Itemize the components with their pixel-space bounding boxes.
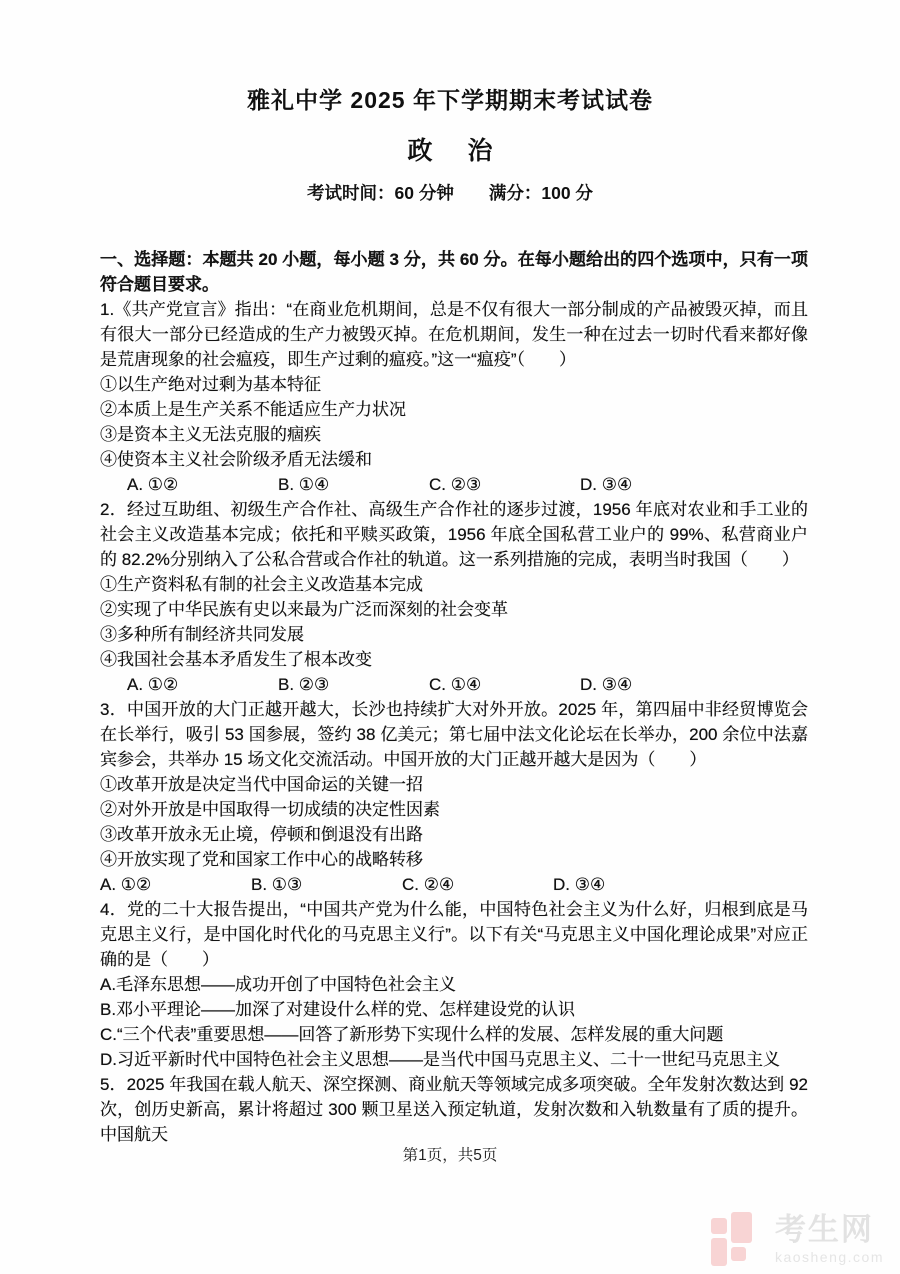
watermark: 考生网 kaosheng.com: [709, 1210, 884, 1268]
question-5: 5．2025 年我国在载人航天、深空探测、商业航天等领域完成多项突破。全年发射次…: [100, 1072, 808, 1147]
option-line-c: C.“三个代表”重要思想——回答了新形势下实现什么样的发展、怎样发展的重大问题: [100, 1022, 808, 1047]
question-stem: 4．党的二十大报告提出，“中国共产党为什么能，中国特色社会主义为什么好，归根到底…: [100, 897, 808, 972]
option-b: B. ①④: [278, 472, 429, 497]
options-row: A. ①② B. ①③ C. ②④ D. ③④: [100, 872, 808, 897]
question-stem: 5．2025 年我国在载人航天、深空探测、商业航天等领域完成多项突破。全年发射次…: [100, 1072, 808, 1147]
question-1: 1.《共产党宣言》指出：“在商业危机期间，总是不仅有很大一部分制成的产品被毁灭掉…: [100, 297, 808, 497]
exam-subject: 政 治: [0, 131, 900, 167]
logo-block: [711, 1218, 727, 1234]
option-d: D. ③④: [580, 472, 632, 497]
question-item: ③多种所有制经济共同发展: [100, 622, 808, 647]
option-d: D. ③④: [580, 672, 632, 697]
section-instructions: 一、选择题：本题共 20 小题，每小题 3 分，共 60 分。在每小题给出的四个…: [100, 247, 808, 297]
question-stem: 1.《共产党宣言》指出：“在商业危机期间，总是不仅有很大一部分制成的产品被毁灭掉…: [100, 297, 808, 372]
kaosheng-logo-icon: [709, 1210, 763, 1268]
option-c: C. ②④: [402, 872, 553, 897]
options-row: A. ①② B. ②③ C. ①④ D. ③④: [100, 672, 808, 697]
option-a: A. ①②: [127, 472, 278, 497]
options-row: A. ①② B. ①④ C. ②③ D. ③④: [100, 472, 808, 497]
option-b: B. ①③: [251, 872, 402, 897]
question-item: ①生产资料私有制的社会主义改造基本完成: [100, 572, 808, 597]
option-d: D. ③④: [553, 872, 605, 897]
exam-header: 雅礼中学 2025 年下学期期末考试试卷 政 治 考试时间：60 分钟 满分：1…: [0, 0, 900, 205]
question-item: ②本质上是生产关系不能适应生产力状况: [100, 397, 808, 422]
option-b: B. ②③: [278, 672, 429, 697]
exam-info: 考试时间：60 分钟 满分：100 分: [0, 180, 900, 205]
option-c: C. ①④: [429, 672, 580, 697]
option-line-b: B.邓小平理论——加深了对建设什么样的党、怎样建设党的认识: [100, 997, 808, 1022]
question-stem: 2．经过互助组、初级生产合作社、高级生产合作社的逐步过渡，1956 年底对农业和…: [100, 497, 808, 572]
option-a: A. ①②: [100, 872, 251, 897]
exam-body: 一、选择题：本题共 20 小题，每小题 3 分，共 60 分。在每小题给出的四个…: [100, 247, 808, 1147]
watermark-site-name: 考生网: [775, 1214, 874, 1245]
exam-paper-page: 雅礼中学 2025 年下学期期末考试试卷 政 治 考试时间：60 分钟 满分：1…: [0, 0, 900, 1274]
watermark-site-domain: kaosheng.com: [775, 1249, 884, 1265]
question-item: ④使资本主义社会阶级矛盾无法缓和: [100, 447, 808, 472]
exam-title: 雅礼中学 2025 年下学期期末考试试卷: [0, 82, 900, 115]
question-item: ③改革开放永无止境，停顿和倒退没有出路: [100, 822, 808, 847]
question-item: ④开放实现了党和国家工作中心的战略转移: [100, 847, 808, 872]
question-item: ②对外开放是中国取得一切成绩的决定性因素: [100, 797, 808, 822]
option-line-a: A.毛泽东思想——成功开创了中国特色社会主义: [100, 972, 808, 997]
question-item: ④我国社会基本矛盾发生了根本改变: [100, 647, 808, 672]
option-a: A. ①②: [127, 672, 278, 697]
question-item: ①改革开放是决定当代中国命运的关键一招: [100, 772, 808, 797]
option-line-d: D.习近平新时代中国特色社会主义思想——是当代中国马克思主义、二十一世纪马克思主…: [100, 1047, 808, 1072]
page-number: 第1页，共5页: [0, 1143, 900, 1165]
watermark-text: 考生网 kaosheng.com: [775, 1214, 884, 1265]
question-2: 2．经过互助组、初级生产合作社、高级生产合作社的逐步过渡，1956 年底对农业和…: [100, 497, 808, 697]
question-item: ①以生产绝对过剩为基本特征: [100, 372, 808, 397]
question-4: 4．党的二十大报告提出，“中国共产党为什么能，中国特色社会主义为什么好，归根到底…: [100, 897, 808, 1072]
question-stem: 3．中国开放的大门正越开越大，长沙也持续扩大对外开放。2025 年，第四届中非经…: [100, 697, 808, 772]
logo-block: [711, 1238, 727, 1266]
question-item: ③是资本主义无法克服的痼疾: [100, 422, 808, 447]
logo-block: [731, 1212, 752, 1243]
question-item: ②实现了中华民族有史以来最为广泛而深刻的社会变革: [100, 597, 808, 622]
logo-block: [731, 1247, 746, 1261]
question-3: 3．中国开放的大门正越开越大，长沙也持续扩大对外开放。2025 年，第四届中非经…: [100, 697, 808, 897]
option-c: C. ②③: [429, 472, 580, 497]
